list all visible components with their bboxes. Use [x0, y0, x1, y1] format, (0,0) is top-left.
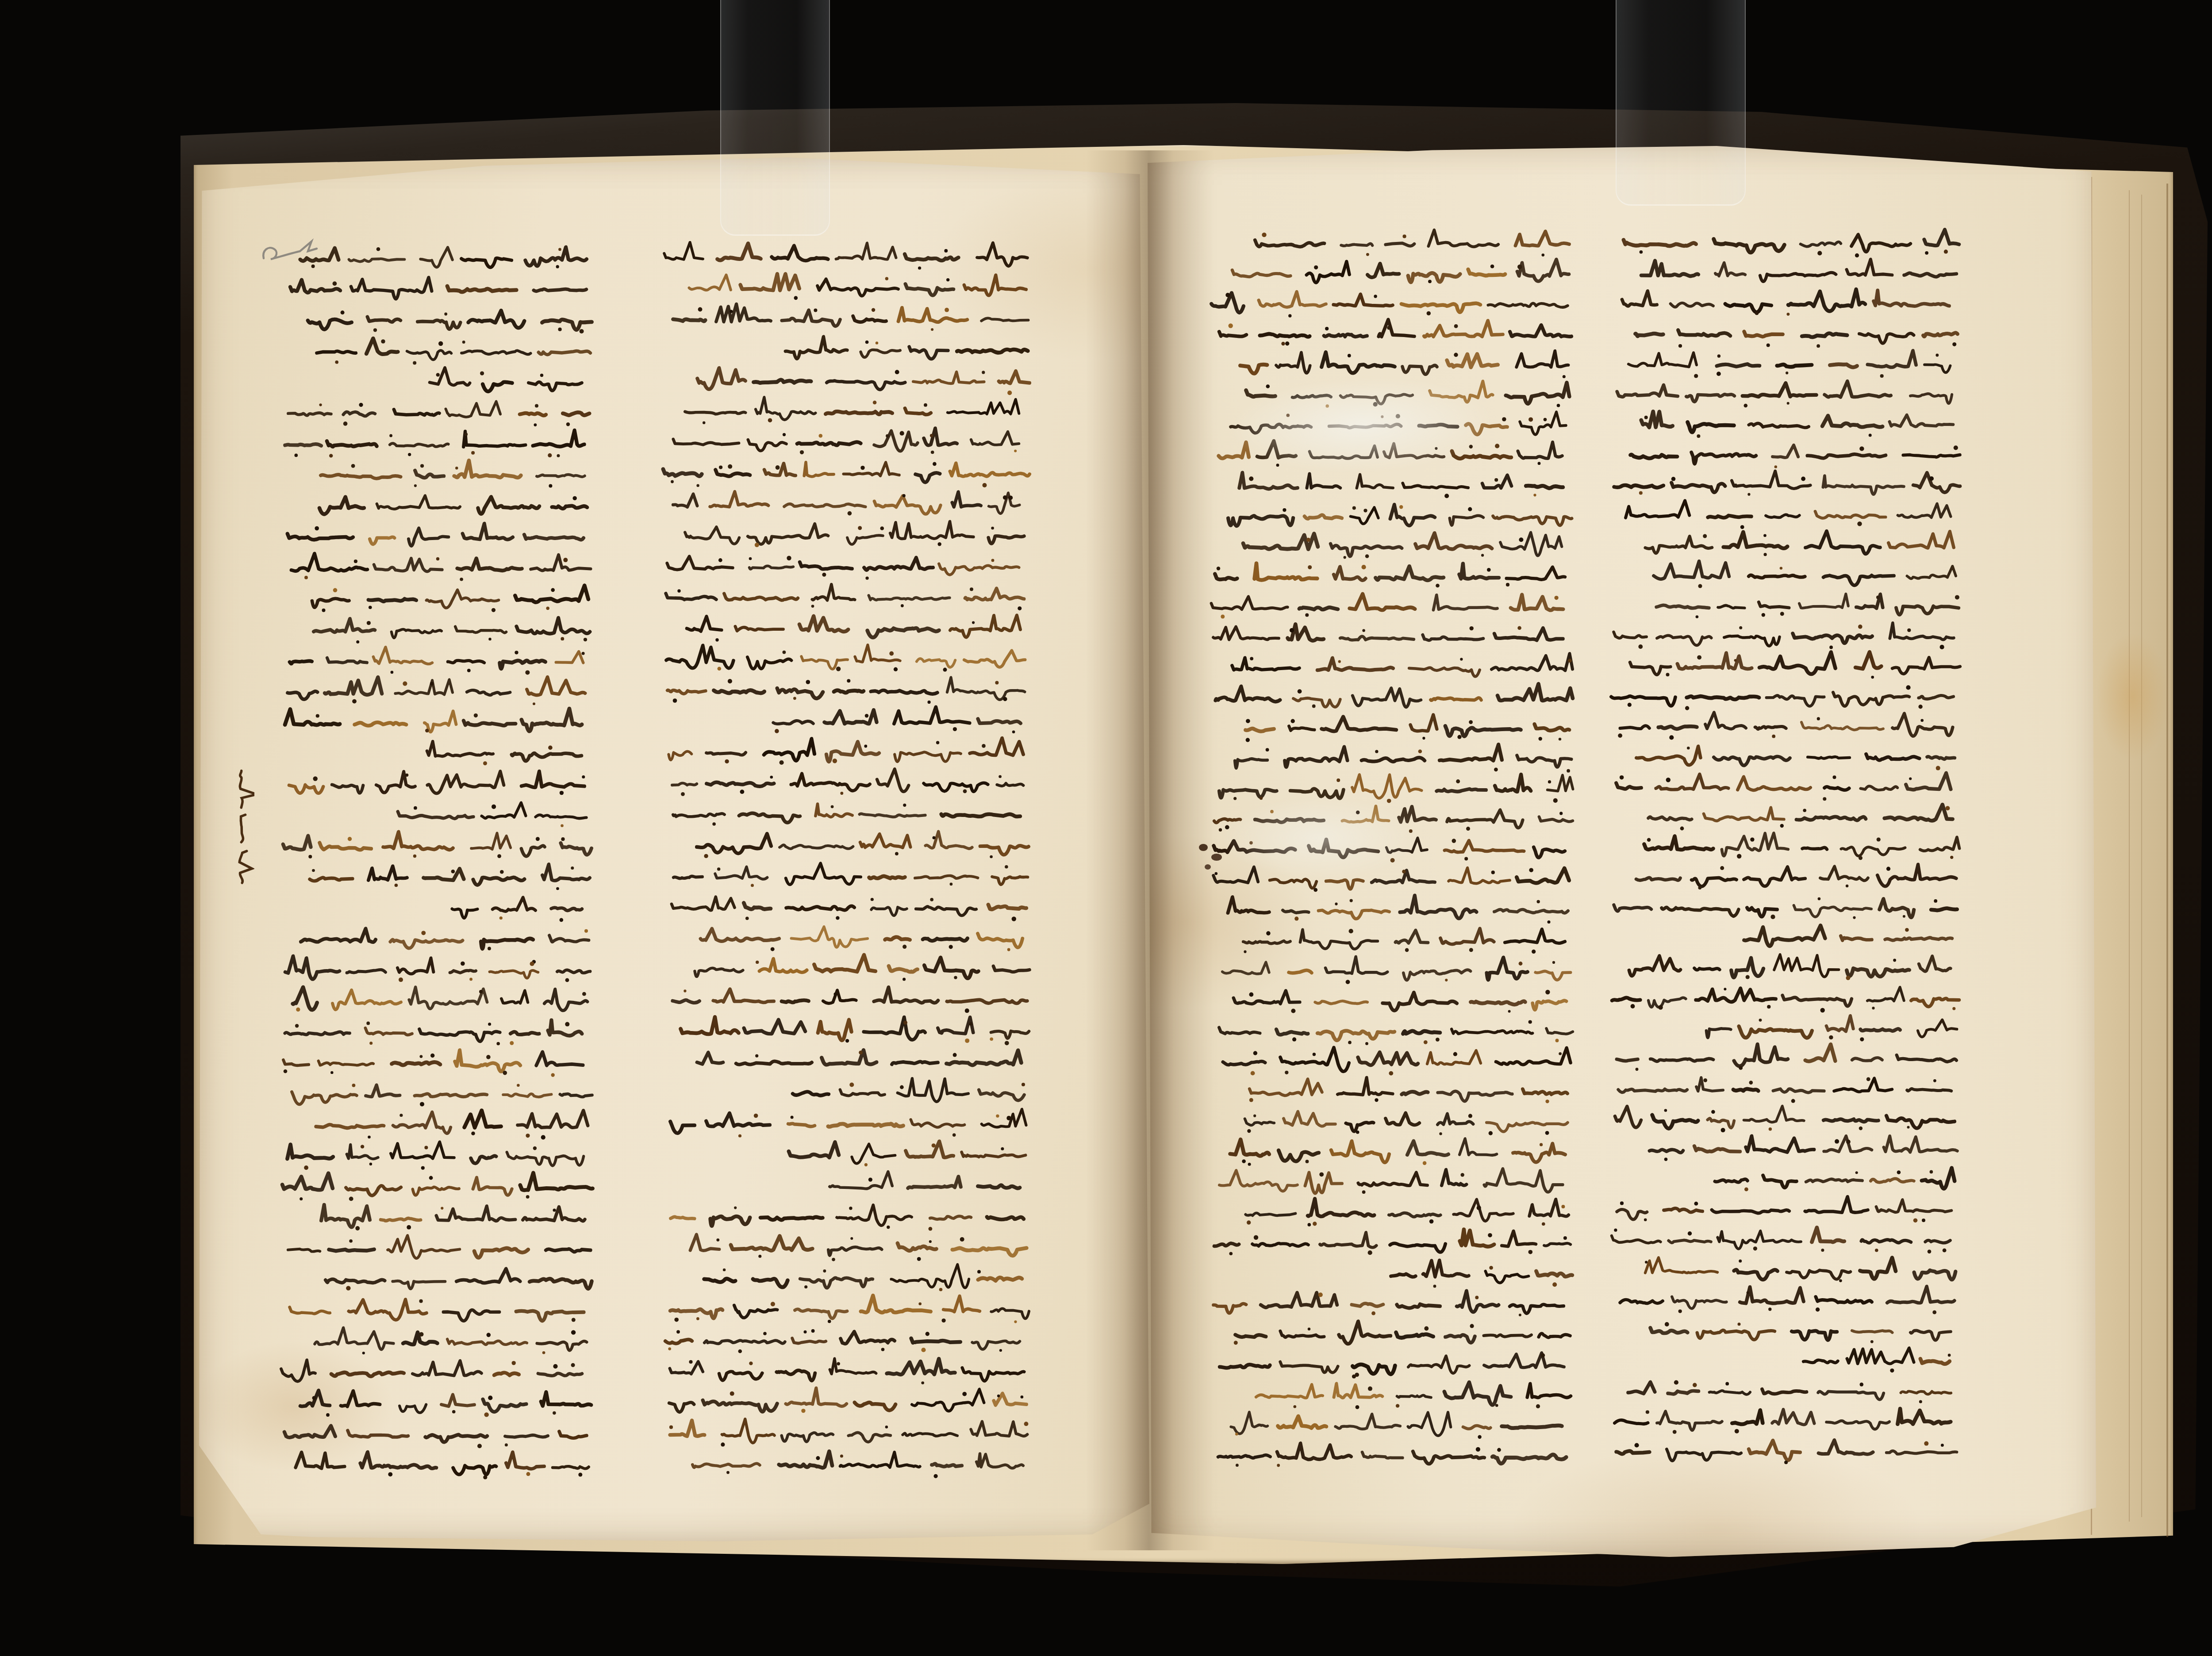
vertical-margin-note — [230, 769, 254, 887]
fore-edge-line — [2141, 195, 2142, 1517]
text-column-left-inner — [660, 241, 1032, 1480]
pencil-folio-mark — [257, 231, 324, 268]
chalk-smudge — [1222, 797, 1417, 879]
transparent-page-weight-strip — [720, 0, 830, 236]
chalk-smudge — [1232, 374, 1492, 476]
transparent-page-weight-strip — [1616, 0, 1746, 206]
fore-edge-line — [2166, 184, 2168, 1537]
fore-edge-line — [2129, 190, 2130, 1522]
text-column-right-outer — [1606, 228, 1962, 1466]
text-column-left-outer — [278, 242, 595, 1481]
fore-edge-stain — [2096, 632, 2169, 761]
manuscript-photo-canvas: METRIC 1 2 3 4 5 SMMJ 00180 — [0, 0, 2212, 1656]
